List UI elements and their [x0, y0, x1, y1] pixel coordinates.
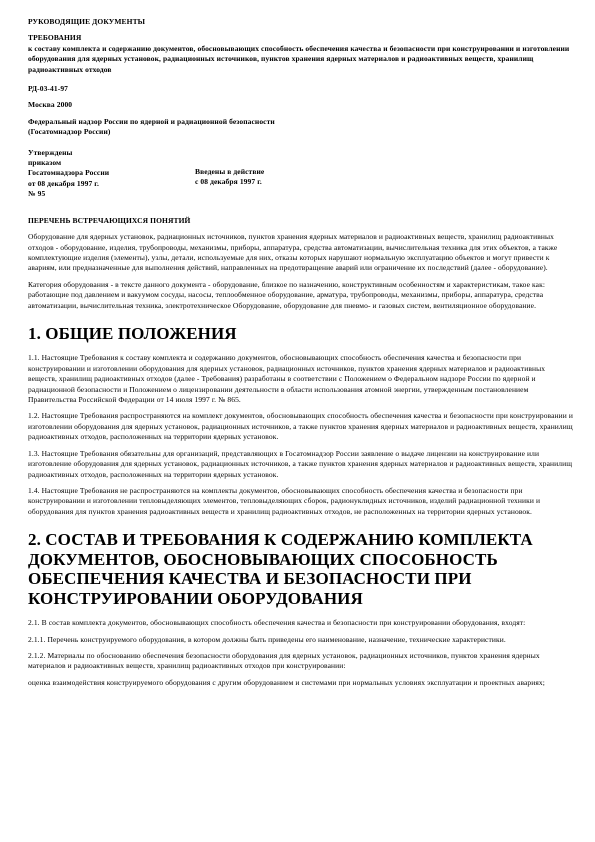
document-title-block: ТРЕБОВАНИЯ к составу комплекта и содержа… [28, 33, 575, 75]
section-1-heading: 1. ОБЩИЕ ПОЛОЖЕНИЯ [28, 324, 575, 344]
approved-line-4: от 08 декабря 1997 г. [28, 179, 195, 189]
paragraph-2-1-2: 2.1.2. Материалы по обоснованию обеспече… [28, 651, 575, 672]
approved-line-1: Утверждены [28, 148, 195, 158]
approved-block: Утверждены приказом Госатомнадзора Росси… [28, 148, 195, 200]
paragraph-1-4: 1.4. Настоящие Требования не распростран… [28, 486, 575, 517]
approval-row: Утверждены приказом Госатомнадзора Росси… [28, 148, 575, 200]
section-2-heading: 2. СОСТАВ И ТРЕБОВАНИЯ К СОДЕРЖАНИЮ КОМП… [28, 530, 575, 608]
effective-line-1: Введены в действие [195, 167, 264, 177]
document-number: РД-03-41-97 [28, 84, 575, 94]
approved-line-2: приказом [28, 158, 195, 168]
glossary-paragraph-equipment: Оборудование для ядерных установок, ради… [28, 232, 575, 274]
paragraph-1-2: 1.2. Настоящие Требования распространяют… [28, 411, 575, 442]
authority-name: Федеральный надзор России по ядерной и р… [28, 117, 348, 138]
glossary-heading: ПЕРЕЧЕНЬ ВСТРЕЧАЮЩИХСЯ ПОНЯТИЙ [28, 216, 575, 226]
effective-line-2: с 08 декабря 1997 г. [195, 177, 264, 187]
glossary-paragraph-category: Категория оборудования - в тексте данног… [28, 280, 575, 311]
paragraph-1-1: 1.1. Настоящие Требования к составу комп… [28, 353, 575, 405]
paragraph-2-1: 2.1. В состав комплекта документов, обос… [28, 618, 575, 628]
paragraph-2-1-1: 2.1.1. Перечень конструируемого оборудов… [28, 635, 575, 645]
city-year: Москва 2000 [28, 100, 575, 110]
authority-line-2: (Госатомнадзор России) [28, 127, 348, 137]
paragraph-assessment-item: оценка взаимодействия конструируемого об… [28, 678, 575, 688]
document-title-text: к составу комплекта и содержанию докумен… [28, 44, 575, 75]
paragraph-1-3: 1.3. Настоящие Требования обязательны дл… [28, 449, 575, 480]
doc-type-heading: РУКОВОДЯЩИЕ ДОКУМЕНТЫ [28, 17, 575, 27]
document-title-word: ТРЕБОВАНИЯ [28, 33, 575, 43]
document-page: РУКОВОДЯЩИЕ ДОКУМЕНТЫ ТРЕБОВАНИЯ к соста… [0, 0, 595, 842]
effective-block: Введены в действие с 08 декабря 1997 г. [195, 148, 264, 188]
authority-line-1: Федеральный надзор России по ядерной и р… [28, 117, 348, 127]
approved-line-5: № 95 [28, 189, 195, 199]
approved-line-3: Госатомнадзора России [28, 168, 195, 178]
